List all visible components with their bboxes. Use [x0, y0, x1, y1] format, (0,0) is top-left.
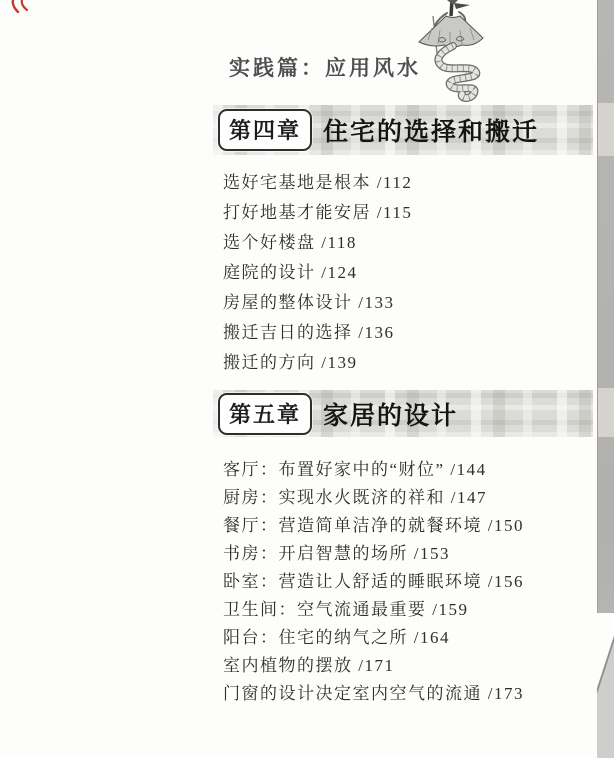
- chapter4-toc-list: 选好宅基地是根本 /112 打好地基才能安居 /115 选个好楼盘 /118 庭…: [223, 168, 412, 378]
- toc-item: 书房：开启智慧的场所 /153: [223, 540, 524, 568]
- page-curl: [597, 613, 614, 758]
- edge-banner-showthrough: [598, 103, 614, 156]
- chapter4-badge: 第四章: [218, 109, 312, 151]
- chapter5-banner: 第五章 家居的设计: [213, 390, 593, 437]
- toc-item: 室内植物的摆放 /171: [223, 652, 524, 680]
- toc-item: 搬迁的方向 /139: [223, 348, 412, 378]
- toc-item: 卫生间：空气流通最重要 /159: [223, 596, 524, 624]
- chapter5-title: 家居的设计: [323, 396, 458, 432]
- toc-item: 门窗的设计决定室内空气的流通 /173: [223, 680, 524, 708]
- toc-item: 打好地基才能安居 /115: [223, 198, 412, 228]
- toc-item: 搬迁吉日的选择 /136: [223, 318, 412, 348]
- toc-item: 客厅：布置好家中的“财位” /144: [223, 456, 524, 484]
- chapter5-badge: 第五章: [218, 393, 312, 435]
- adjacent-page-edge: [597, 0, 614, 758]
- toc-item: 阳台：住宅的纳气之所 /164: [223, 624, 524, 652]
- scanned-book-page: 实践篇：应用风水 第四章 住宅的选择和搬迁 选好宅基地是根本 /112 打好地基…: [0, 0, 614, 758]
- toc-item: 卧室：营造让人舒适的睡眠环境 /156: [223, 568, 524, 596]
- snake-body-figure-illustration: [402, 0, 507, 103]
- toc-item: 选个好楼盘 /118: [223, 228, 412, 258]
- toc-item: 厨房：实现水火既济的祥和 /147: [223, 484, 524, 512]
- section-heading: 实践篇：应用风水: [229, 52, 421, 82]
- toc-item: 庭院的设计 /124: [223, 258, 412, 288]
- edge-banner-showthrough: [598, 388, 614, 437]
- chapter4-banner: 第四章 住宅的选择和搬迁: [213, 105, 593, 155]
- chapter4-title: 住宅的选择和搬迁: [323, 112, 539, 148]
- toc-item: 房屋的整体设计 /133: [223, 288, 412, 318]
- toc-item: 选好宅基地是根本 /112: [223, 168, 412, 198]
- chapter5-toc-list: 客厅：布置好家中的“财位” /144 厨房：实现水火既济的祥和 /147 餐厅：…: [223, 456, 524, 708]
- toc-item: 餐厅：营造简单洁净的就餐环境 /150: [223, 512, 524, 540]
- red-corner-mark-icon: [10, 0, 28, 13]
